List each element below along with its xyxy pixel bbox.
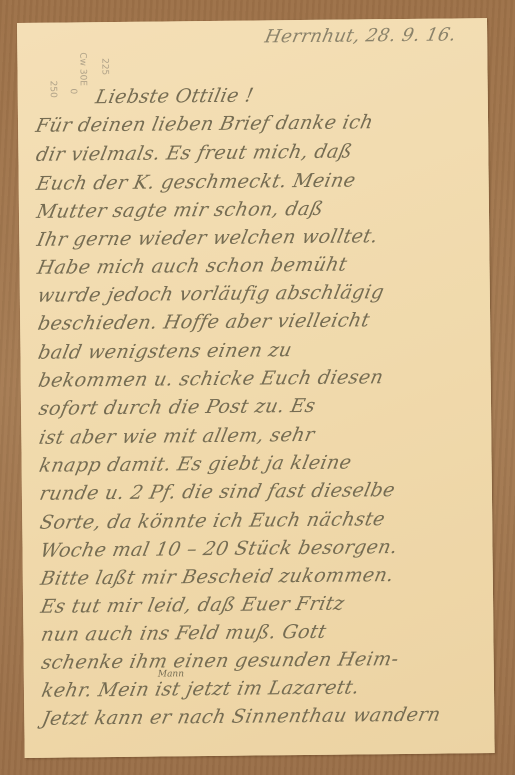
letter-line: knapp damit. Es giebt ja kleine [37,451,353,476]
letter-line: Woche mal 10 – 20 Stück besorgen. [38,536,399,562]
letter-line: Euch der K. geschmeckt. Meine [34,169,357,194]
letter-line: Jetzt kann er nach Sinnenthau wandern [40,704,443,730]
letter-line: Es tut mir leid, daß Euer Fritz [39,593,347,618]
letter-line: beschieden. Hoffe aber vielleicht [36,309,372,335]
pencil-note-2: Cw 30E [77,52,87,86]
salutation: Liebste Ottilie ! [94,85,256,109]
letter-line: wurde jedoch vorläufig abschlägig [36,281,386,307]
letter-line: runde u. 2 Pf. die sind fast dieselbe [38,479,397,505]
letter-line: ist aber wie mit allem, sehr [37,424,317,449]
letter-line: Sorte, da könnte ich Euch nächste [38,508,387,534]
letter-line: Bitte laßt mir Bescheid zukommen. [39,564,396,590]
postcard: 225 Cw 30E 0 250 Herrnhut, 28. 9. 16. Li… [17,18,495,758]
letter-line: kehr. Mein ist jetzt im Lazarett. [40,676,362,701]
letter-line: bald wenigstens einen zu [36,339,294,364]
letter-line: Für deinen lieben Brief danke ich [34,111,375,137]
letter-line: schenke ihm einen gesunden Heim- [39,648,400,674]
letter-line: Habe mich auch schon bemüht [35,254,349,279]
pencil-note-1: 225 [99,58,109,75]
place-date: Herrnhut, 28. 9. 16. [263,24,458,47]
pencil-note-3: 0 [68,88,78,94]
letter-line: Ihr gerne wieder welchen wolltet. [35,225,380,251]
letter-line: dir vielmals. Es freut mich, daß [34,140,354,165]
letter-line: bekommen u. schicke Euch diesen [37,366,386,392]
letter-line: Mutter sagte mir schon, daß [35,198,326,223]
letter-line: sofort durch die Post zu. Es [37,395,318,420]
letter-line: nun auch ins Feld muß. Gott [39,621,328,646]
pencil-note-4: 250 [48,81,58,98]
